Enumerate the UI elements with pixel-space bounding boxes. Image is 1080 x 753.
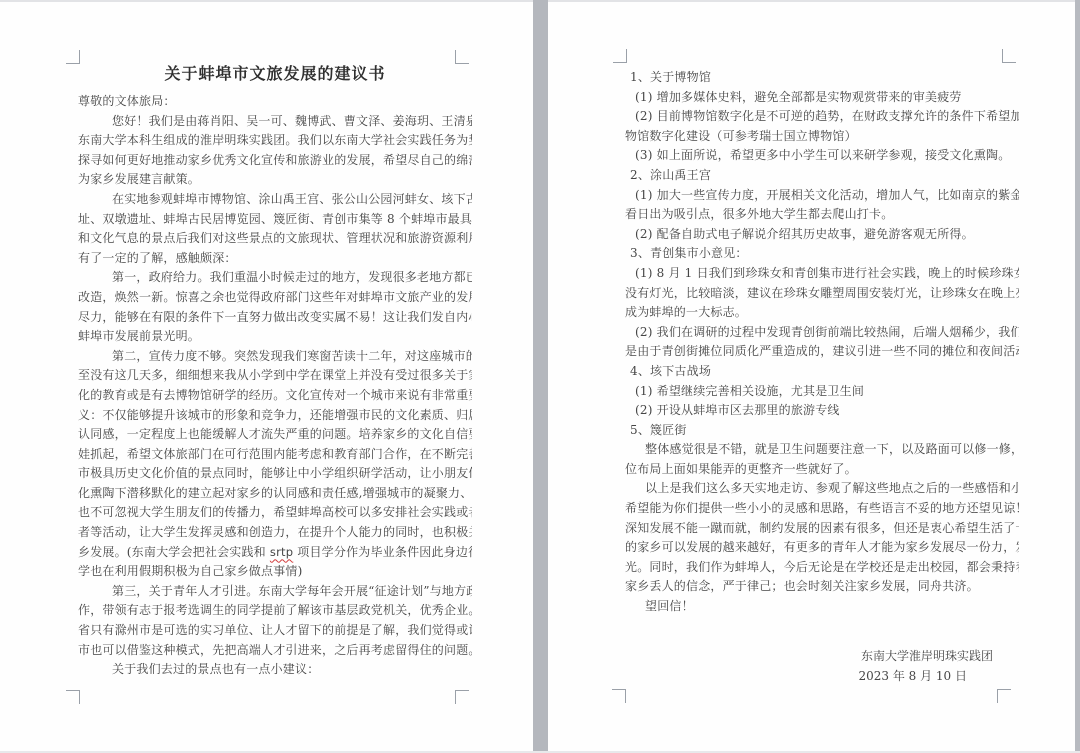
text-line: 5、篾匠街 [630,421,1019,441]
document-title: 关于蚌埠市文旅发展的建议书 [78,62,472,85]
text-line: 东南大学本科生组成的淮岸明珠实践团。我们以东南大学社会实践任务为契机， [78,131,472,151]
text-line: 深知发展不能一蹴而就，制约发展的因素有很多，但还是衷心希望生活了十八年 [625,519,1019,539]
text-line: (3) 如上面所说，希望更多中小学生可以来研学参观，接受文化熏陶。 [635,146,1019,166]
text-line: 市极具历史文化价值的景点同时，能够让中小学组织研学活动，让小朋友们在文 [78,464,472,484]
text-line: 市也可以借鉴这种模式，先把高端人才引进来，之后再考虑留得住的问题。 [78,641,472,661]
text-line: 位布局上面如果能弄的更整齐一些就好了。 [625,460,1019,480]
text-line: 尊敬的文体旅局： [78,92,472,112]
text-line: 关于我们去过的景点也有一点小建议： [78,660,472,680]
document-page-2: 1、关于博物馆(1) 增加多媒体史料，避免全部都是实物观赏带来的审美疲劳(2) … [548,2,1075,751]
text-line: 义：不仅能够提升该城市的形象和竞争力，还能增强市民的文化素质、归属感和 [78,406,472,426]
text-line: (1) 8 月 1 日我们到珍珠女和青创集市进行社会实践，晚上的时候珍珠女雕塑 [635,264,1019,284]
text-line: 尽力，能够在有限的条件下一直努力做出改变实属不易！这让我们发自内心觉得 [78,308,472,328]
page-1-body: 尊敬的文体旅局：您好！我们是由蒋肖阳、吴一可、魏博武、曹文泽、姜海玥、王清泉等六… [78,92,472,680]
text-line: 光。同时，我们作为蚌埠人，今后无论是在学校还是走出校园，都会秉持着不给 [625,558,1019,578]
margin-corner-mark [613,49,627,63]
text-line: 娃抓起，希望文体旅部门在可行范围内能考虑和教育部门合作，在不断完善蚌埠 [78,445,472,465]
text-line: 化的教育或是有去博物馆研学的经历。文化宣传对一个城市来说有非常重要的意 [78,386,472,406]
text-line: 第三，关于青年人才引进。东南大学每年会开展“征途计划”与地方政府合 [78,582,472,602]
text-line: (1) 增加多媒体史料，避免全部都是实物观赏带来的审美疲劳 [635,88,1019,108]
page-1-text: 关于蚌埠市文旅发展的建议书 尊敬的文体旅局：您好！我们是由蒋肖阳、吴一可、魏博武… [78,62,472,680]
text-line: (1) 希望继续完善相关设施，尤其是卫生间 [635,382,1019,402]
signature-block: 东南大学淮岸明珠实践团 2023 年 8 月 10 日 [625,646,1019,686]
text-line: 整体感觉很是不错，就是卫生问题要注意一下，以及路面可以修一修，在摊 [625,440,1019,460]
text-line: 您好！我们是由蒋肖阳、吴一可、魏博武、曹文泽、姜海玥、王清泉等六位 [78,112,472,132]
text-line: 第一，政府给力。我们重温小时候走过的地方，发现很多老地方都已经翻新 [78,268,472,288]
text-line: 3、青创集市小意见： [630,244,1019,264]
text-line: 蚌埠市发展前景光明。 [78,327,472,347]
margin-corner-mark [612,689,626,703]
text-line: 作，带领有志于报考选调生的同学提前了解该市基层政党机关，优秀企业。安徽 [78,601,472,621]
text-line: 1、关于博物馆 [630,68,1019,88]
text-line: (2) 开设从蚌埠市区去那里的旅游专线 [635,401,1019,421]
text-line: 和文化气息的景点后我们对这些景点的文旅现状、管理状况和旅游资源利用方式 [78,229,472,249]
text-line: 在实地参观蚌埠市博物馆、涂山禹王宫、张公山公园河蚌女、垓下古战场遗 [78,190,472,210]
text-line: 探寻如何更好地推动家乡优秀文化宣传和旅游业的发展，希望尽自己的绵薄之力 [78,151,472,171]
text-line: 希望能为你们提供一些小小的灵感和思路，有些语言不妥的地方还望见谅！我们 [625,499,1019,519]
text-line: 看日出为吸引点，很多外地大学生都去爬山打卡。 [625,205,1019,225]
margin-corner-mark [455,690,469,704]
text-line: 以上是我们这么多天实地走访、参观了解这些地点之后的一些感悟和小建议， [625,479,1019,499]
text-line: 第二，宣传力度不够。突然发现我们寒窗苦读十二年，对这座城市的了解甚 [78,347,472,367]
text-line: (2) 目前博物馆数字化是不可逆的趋势，在财政支撑允许的条件下希望加紧博 [635,107,1019,127]
text-line: 没有灯光，比较暗淡，建议在珍珠女雕塑周围安装灯光，让珍珠女在晚上亮起来， [625,284,1019,304]
text-line: 2、涂山禹王宫 [630,166,1019,186]
document-scan: 关于蚌埠市文旅发展的建议书 尊敬的文体旅局：您好！我们是由蒋肖阳、吴一可、魏博武… [0,0,1080,753]
margin-corner-mark [66,690,80,704]
text-line: (1) 加大一些宣传力度，开展相关文化活动，增加人气，比如南京的紫金山以 [635,186,1019,206]
text-line: 者等活动，让大学生发挥灵感和创造力，在提升个人能力的同时，也积极关注家 [78,523,472,543]
text-line: (2) 配备自助式电子解说介绍其历史故事，避免游客观无所得。 [635,225,1019,245]
text-line: 物馆数字化建设（可参考瑞士国立博物馆） [625,127,1019,147]
text-line: 改造，焕然一新。惊喜之余也觉得政府部门这些年对蚌埠市文旅产业的发展尽心 [78,288,472,308]
text-line: 也不可忽视大学生朋友们的传播力，希望蚌埠高校可以多安排社会实践或者志愿 [78,503,472,523]
margin-corner-mark [1002,49,1016,63]
signature-line: 东南大学淮岸明珠实践团 [625,646,1019,666]
text-line: 乡发展。(东南大学会把社会实践和 srtp 项目学分作为毕业条件因此身边很多同 [78,543,472,563]
spellcheck-flagged-word: srtp [270,545,293,559]
text-line: 化熏陶下潜移默化的建立起对家乡的认同感和责任感,增强城市的凝聚力、同时， [78,484,472,504]
text-line: 址、双墩遗址、蚌埠古民居博览园、篾匠街、青创市集等 8 个蚌埠市最具代表性 [78,210,472,230]
text-line: 望回信！ [625,597,1019,617]
document-page-1: 关于蚌埠市文旅发展的建议书 尊敬的文体旅局：您好！我们是由蒋肖阳、吴一可、魏博武… [0,2,533,751]
text-line: 家乡丢人的信念，严于律己；也会时刻关注家乡发展，同舟共济。 [625,577,1019,597]
page-gap-divider [533,0,548,753]
margin-corner-mark [997,689,1011,703]
text-line: 为家乡发展建言献策。 [78,170,472,190]
page-2-body: 1、关于博物馆(1) 增加多媒体史料，避免全部都是实物观赏带来的审美疲劳(2) … [625,68,1019,617]
text-line: 至没有这几天多，细细想来我从小学到中学在课堂上并没有受过很多关于家乡文 [78,366,472,386]
date-line: 2023 年 8 月 10 日 [625,666,1019,686]
text-line: 有了一定的了解，感触颇深： [78,249,472,269]
text-line: 是由于青创街摊位同质化严重造成的，建议引进一些不同的摊位和夜间活动形式。 [625,342,1019,362]
text-line: (2) 我们在调研的过程中发现青创街前端比较热闹，后端人烟稀少，我们认为 [635,323,1019,343]
text-line: 成为蚌埠的一大标志。 [625,303,1019,323]
text-line: 学也在利用假期积极为自己家乡做点事情) [78,562,472,582]
text-line: 的家乡可以发展的越来越好，有更多的青年人才能为家乡发展尽一份力，发一份 [625,538,1019,558]
text-line: 4、垓下古战场 [630,362,1019,382]
page-2-text: 1、关于博物馆(1) 增加多媒体史料，避免全部都是实物观赏带来的审美疲劳(2) … [625,68,1019,686]
right-edge-strip [1075,0,1080,753]
text-line: 认同感，一定程度上也能缓解人才流失严重的问题。培养家乡的文化自信要从娃 [78,425,472,445]
text-line: 省只有滁州市是可选的实习单位、让人才留下的前提是了解，我们觉得或许蚌埠 [78,621,472,641]
